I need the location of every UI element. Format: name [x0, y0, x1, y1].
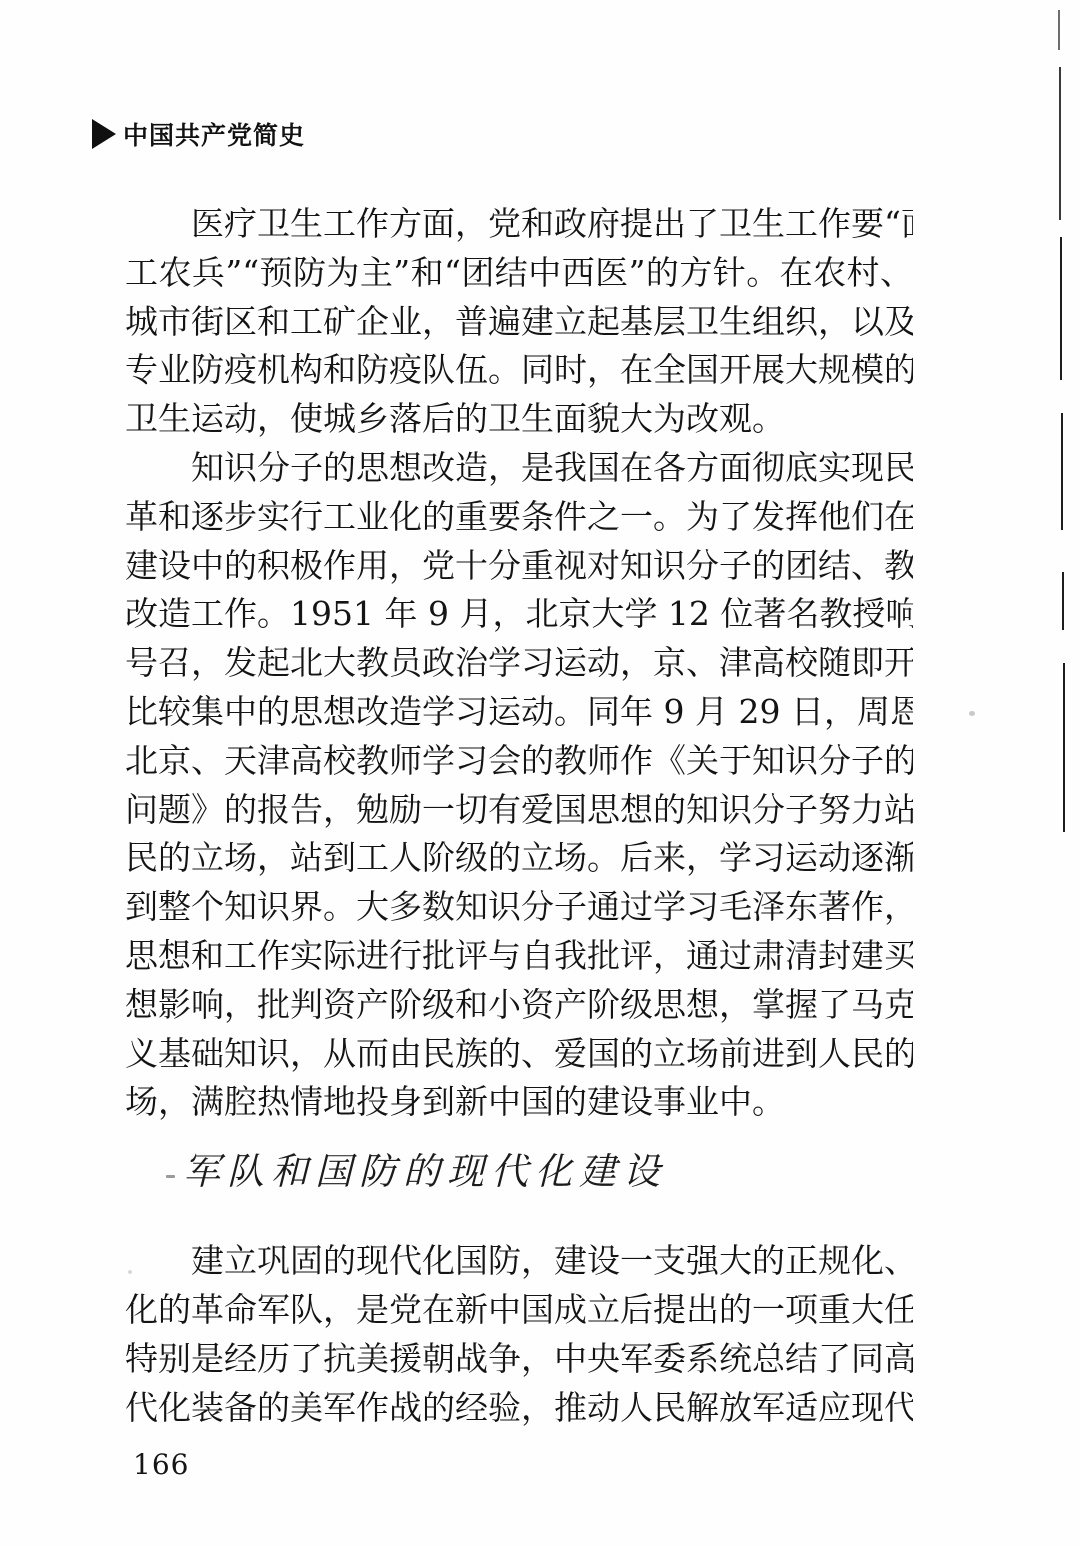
running-head: 中国共产党简史: [92, 116, 305, 152]
section-heading: 军队和国防的现代化建设: [125, 1147, 913, 1196]
text-line: 义基础知识，从而由民族的、爱国的立场前进到人民的立: [125, 1030, 913, 1079]
text-line: 工农兵”“预防为主”和“团结中西医”的方针。在农村、: [125, 249, 913, 298]
scan-artifact-line: [1058, 10, 1060, 50]
page-number: 166: [133, 1448, 189, 1481]
text-line: 城市街区和工矿企业，普遍建立起基层卫生组织，以及各种: [125, 298, 913, 347]
text-line: 革和逐步实行工业化的重要条件之一。为了发挥他们在国家: [125, 493, 913, 542]
scan-artifact-line: [1062, 572, 1064, 630]
scan-artifact-line: [1061, 413, 1063, 530]
text-line: 问题》的报告，勉励一切有爱国思想的知识分子努力站到人: [125, 786, 913, 835]
text-line: 场，满腔热情地投身到新中国的建设事业中。: [125, 1078, 913, 1127]
text-line: 医疗卫生工作方面，党和政府提出了卫生工作要“面向: [125, 200, 913, 249]
text-line: 思想和工作实际进行批评与自我批评，通过肃清封建买办思: [125, 932, 913, 981]
text-line: 代化装备的美军作战的经验，推动人民解放军适应现代化战: [125, 1384, 913, 1433]
text-line: 专业防疫机构和防疫队伍。同时，在全国开展大规模的爱国: [125, 346, 913, 395]
text-line: 改造工作。1951 年 9 月，北京大学 12 位著名教授响应党的: [125, 590, 913, 639]
text-line: 卫生运动，使城乡落后的卫生面貌大为改观。: [125, 395, 913, 444]
scan-artifact-line: [1059, 67, 1061, 220]
text-line: 号召，发起北大教员政治学习运动，京、津高校随即开展了: [125, 639, 913, 688]
body-text: 医疗卫生工作方面，党和政府提出了卫生工作要“面向工农兵”“预防为主”和“团结中西…: [125, 200, 913, 1432]
text-line: 建设中的积极作用，党十分重视对知识分子的团结、教育和: [125, 542, 913, 591]
scan-artifact-dot: [128, 1270, 132, 1274]
text-line: 想影响，批判资产阶级和小资产阶级思想，掌握了马克思主: [125, 981, 913, 1030]
text-line: 北京、天津高校教师学习会的教师作《关于知识分子的改造: [125, 737, 913, 786]
text-line: 民的立场，站到工人阶级的立场。后来，学习运动逐渐扩展: [125, 834, 913, 883]
scan-artifact-line: [1060, 237, 1062, 380]
text-line: 比较集中的思想改造学习运动。同年 9 月 29 日，周恩来向: [125, 688, 913, 737]
paragraph-intellectuals-reform: 知识分子的思想改造，是我国在各方面彻底实现民主改革和逐步实行工业化的重要条件之一…: [125, 444, 913, 1127]
paragraph-health-work: 医疗卫生工作方面，党和政府提出了卫生工作要“面向工农兵”“预防为主”和“团结中西…: [125, 200, 913, 444]
book-title: 中国共产党简史: [123, 116, 305, 152]
right-triangle-icon: [92, 119, 116, 149]
text-line: 特别是经历了抗美援朝战争，中央军委系统总结了同高度现: [125, 1335, 913, 1384]
scan-artifact-dash: [166, 1175, 175, 1178]
scan-artifact-line: [1063, 663, 1065, 832]
text-line: 化的革命军队，是党在新中国成立后提出的一项重大任务。: [125, 1286, 913, 1335]
text-line: 到整个知识界。大多数知识分子通过学习毛泽东著作，联系: [125, 883, 913, 932]
paragraph-military-modernization: 建立巩固的现代化国防，建设一支强大的正规化、现代化的革命军队，是党在新中国成立后…: [125, 1237, 913, 1432]
text-line: 知识分子的思想改造，是我国在各方面彻底实现民主改: [125, 444, 913, 493]
scan-artifact-dot: [969, 711, 975, 716]
book-page: 中国共产党简史 医疗卫生工作方面，党和政府提出了卫生工作要“面向工农兵”“预防为…: [0, 0, 1080, 1546]
text-line: 建立巩固的现代化国防，建设一支强大的正规化、现代: [125, 1237, 913, 1286]
